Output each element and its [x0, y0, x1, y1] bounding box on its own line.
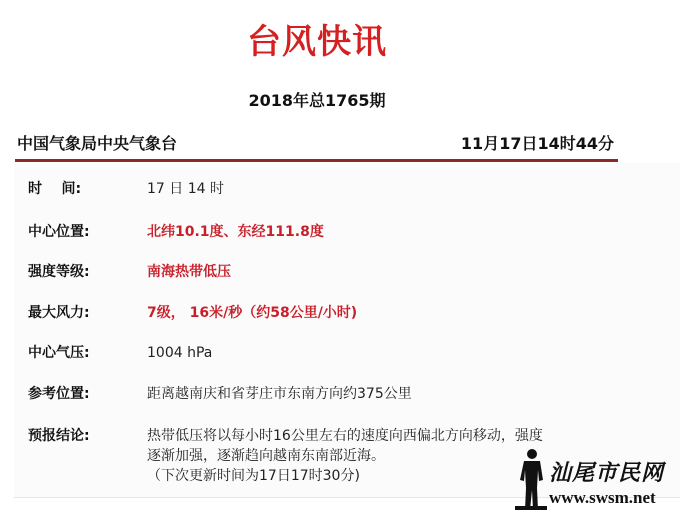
- watermark-site-name: 汕尾市民网: [549, 456, 664, 487]
- bulletin-title: 台风快讯: [0, 14, 634, 63]
- row-value: 17 日 14 时: [147, 179, 224, 200]
- issue-number: 2018年总1765期: [0, 88, 634, 111]
- header-divider: [15, 159, 618, 162]
- row-label: 最大风力:: [28, 303, 138, 324]
- row-value: 南海热带低压: [147, 262, 231, 283]
- site-watermark: 汕尾市民网 www.swsm.net: [515, 448, 680, 510]
- row-label: 参考位置:: [28, 384, 138, 405]
- row-label: 中心气压:: [28, 343, 138, 364]
- row-label: 中心位置:: [28, 222, 138, 243]
- row-label: 时 间:: [28, 179, 138, 200]
- issue-time: 11月17日14时44分: [461, 131, 614, 154]
- forecast-line: 热带低压将以每小时16公里左右的速度向西偏北方向移动，强度: [147, 426, 647, 446]
- row-value: 7级， 16米/秒（约58公里/小时): [147, 303, 357, 324]
- agency-name: 中国气象局中央气象台: [17, 131, 177, 154]
- row-value: 北纬10.1度、东经111.8度: [147, 222, 324, 243]
- row-label: 预报结论:: [28, 426, 138, 447]
- row-label: 强度等级:: [28, 262, 138, 283]
- watermark-url: www.swsm.net: [549, 488, 656, 508]
- standing-man-silhouette-icon: [515, 448, 547, 510]
- bulletin-header: 中国气象局中央气象台 11月17日14时44分: [17, 131, 618, 155]
- row-value: 1004 hPa: [147, 343, 212, 364]
- row-value: 距离越南庆和省芽庄市东南方向约375公里: [147, 384, 412, 405]
